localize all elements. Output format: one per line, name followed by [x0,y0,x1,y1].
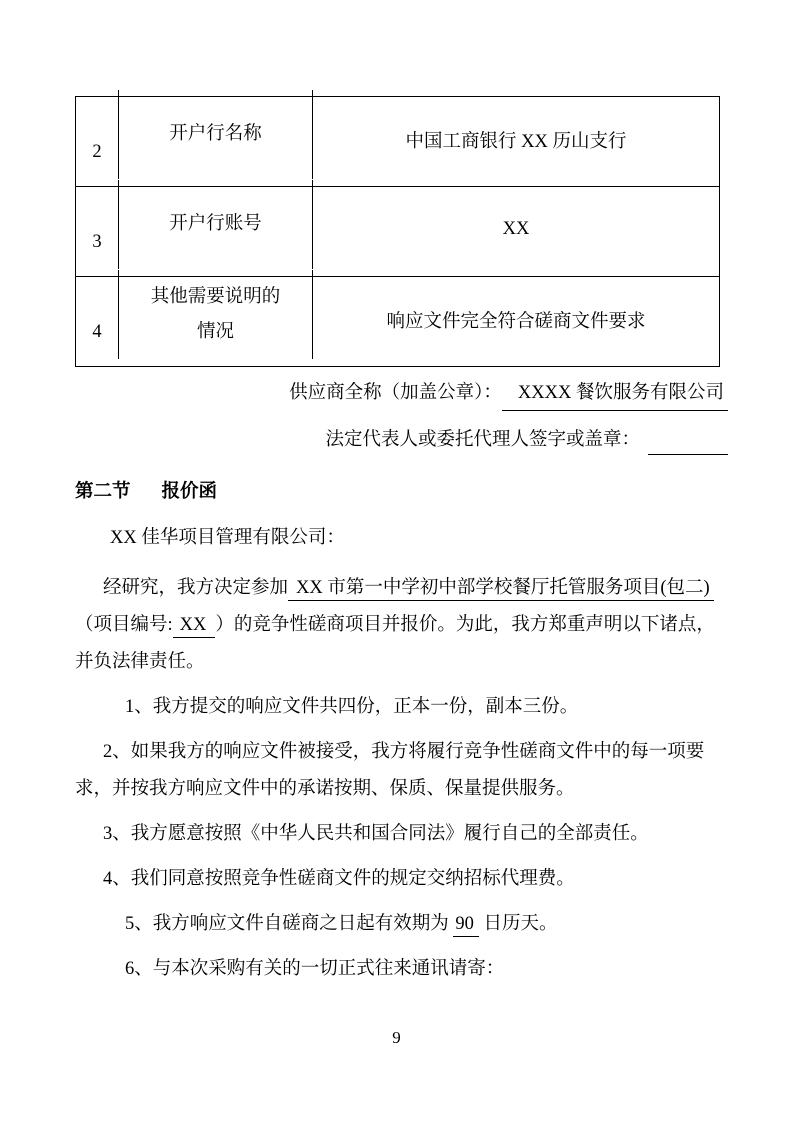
signature-blank [648,432,728,455]
letter-intro-paragraph: 经研究，我方决定参加XX 市第一中学初中部学校餐厅托管服务项目(包二) （项目编… [75,570,728,681]
row-value: XX [313,185,719,274]
intro-line-3: 并负法律责任。 [75,644,728,681]
row-number: 2 [76,108,118,197]
row-number: 4 [76,288,118,377]
letter-item-3: 3、我方愿意按照《中华人民共和国合同法》履行自己的全部责任。 [75,816,728,853]
table-row: 2 开户行名称 中国工商银行 XX 历山支行 [76,97,719,187]
signature-line: 法定代表人或委托代理人签字或盖章： [75,425,728,455]
page-number: 9 [0,1028,793,1048]
section-title: 报价函 [162,482,218,502]
letter-item-6: 6、与本次采购有关的一切正式往来通讯请寄： [75,951,728,988]
supplier-info-table: 2 开户行名称 中国工商银行 XX 历山支行 3 开户行账号 XX 4 其他需要… [75,96,720,367]
letter-item-5: 5、我方响应文件自磋商之日起有效期为 90 日历天。 [75,906,728,943]
document-page: 2 开户行名称 中国工商银行 XX 历山支行 3 开户行账号 XX 4 其他需要… [0,0,793,1122]
row-label: 开户行名称 [118,90,313,179]
signature-label: 法定代表人或委托代理人签字或盖章： [325,430,640,450]
section-heading: 第二节报价函 [75,479,728,506]
supplier-name-value: XXXX 餐饮服务有限公司 [502,378,728,411]
project-name-underlined: XX 市第一中学初中部学校餐厅托管服务项目(包二) [288,578,714,601]
row-label: 其他需要说明的 情况 [118,270,313,359]
table-row: 4 其他需要说明的 情况 响应文件完全符合磋商文件要求 [76,277,719,367]
validity-days-underlined: 90 [453,914,479,937]
intro-line-2: （项目编号:XX）的竞争性磋商项目并报价。为此，我方郑重声明以下诸点， [75,607,728,644]
letter-item-1: 1、我方提交的响应文件共四份，正本一份，副本三份。 [75,689,728,726]
document-content: 2 开户行名称 中国工商银行 XX 历山支行 3 开户行账号 XX 4 其他需要… [75,96,728,988]
row-value: 响应文件完全符合磋商文件要求 [313,275,719,364]
letter-item-2: 2、如果我方的响应文件被接受，我方将履行竞争性磋商文件中的每一项要 求，并按我方… [75,734,728,808]
row-number: 3 [76,198,118,287]
table-row: 3 开户行账号 XX [76,187,719,277]
section-number: 第二节 [75,482,131,502]
letter-salutation: XX 佳华项目管理有限公司： [75,525,728,552]
supplier-name-line: 供应商全称（加盖公章）：XXXX 餐饮服务有限公司 [75,378,728,411]
intro-line-1: 经研究，我方决定参加XX 市第一中学初中部学校餐厅托管服务项目(包二) [75,570,728,607]
letter-item-4: 4、我们同意按照竞争性磋商文件的规定交纳招标代理费。 [75,861,728,898]
project-number-underlined: XX [173,615,216,638]
row-value: 中国工商银行 XX 历山支行 [313,95,719,184]
supplier-name-label: 供应商全称（加盖公章）： [289,383,502,403]
row-label: 开户行账号 [118,180,313,269]
